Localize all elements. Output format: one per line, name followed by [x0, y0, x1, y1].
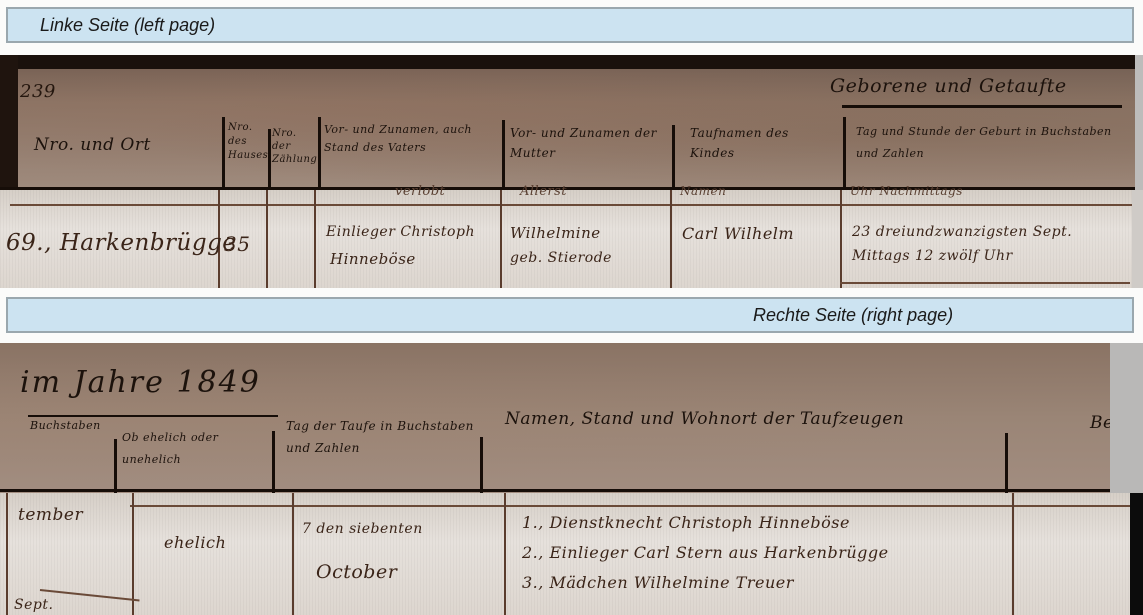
partial-birth: Uhr Nachmittags [850, 184, 963, 198]
entry-birth-line2: Mittags 12 zwölf Uhr [852, 248, 1013, 264]
header-born-baptized: Geborene und Getaufte [830, 75, 1067, 97]
entry-father-line2: Hinneböse [330, 250, 416, 268]
left-page-header-strip: 239 Nro. und Ort Nro. des Hauses Nro. de… [0, 55, 1143, 190]
entry-godparent-2: 2., Einlieger Carl Stern aus Harkenbrügg… [522, 543, 889, 562]
next-row-fragment: Sept. [14, 597, 53, 613]
entry-mother-line2: geb. Stierode [510, 250, 612, 266]
page-number: 239 [20, 81, 56, 102]
entry-baptism-line2: October [316, 561, 397, 583]
header-number: Nro. der Zählung [272, 127, 316, 166]
entry-number-place: 69., Harkenbrügge [6, 230, 236, 256]
entry-baptism-line1: 7 den siebenten [302, 521, 423, 537]
year-heading: im Jahre 1849 [20, 365, 261, 400]
header-father: Vor- und Zunamen, auch Stand des Vaters [324, 121, 499, 157]
right-page-header-strip: im Jahre 1849 Buchstaben Ob ehelich oder… [0, 343, 1110, 493]
entry-child-name: Carl Wilhelm [682, 224, 794, 243]
header-child-name: Taufnamen des Kindes [690, 123, 830, 163]
entry-godparent-1: 1., Dienstknecht Christoph Hinneböse [522, 513, 850, 532]
entry-month-fragment: tember [18, 505, 83, 525]
header-legitimacy: Ob ehelich oder unehelich [122, 427, 277, 471]
entry-legitimacy: ehelich [164, 533, 226, 552]
header-house-number: Nro. des Hauses [228, 121, 268, 163]
entry-house-number: 35 [224, 232, 250, 256]
left-page-label: Linke Seite (left page) [6, 7, 1134, 43]
right-page-scan: im Jahre 1849 Buchstaben Ob ehelich oder… [0, 343, 1143, 615]
right-page-label-text: Rechte Seite (right page) [753, 305, 953, 326]
partial-mother: Allerst [520, 184, 567, 199]
header-house-place: Nro. und Ort [34, 135, 151, 155]
left-page-label-text: Linke Seite (left page) [40, 15, 215, 36]
right-page-entry-strip: tember ehelich 7 den siebenten October 1… [0, 493, 1143, 615]
entry-birth-line1: 23 dreiundzwanzigsten Sept. [852, 224, 1072, 240]
left-page-entry-strip: verlobt Allerst Namen Uhr Nachmittags 69… [0, 190, 1143, 288]
header-baptism-date: Tag der Taufe in Buchstaben und Zahlen [286, 415, 486, 459]
header-godparents: Namen, Stand und Wohnort der Taufzeugen [505, 401, 985, 437]
header-birth-date: Tag und Stunde der Geburt in Buchstaben … [856, 121, 1126, 165]
entry-father-line1: Einlieger Christoph [326, 224, 475, 240]
header-mother: Vor- und Zunamen der Mutter [510, 123, 670, 163]
entry-mother-line1: Wilhelmine [510, 224, 601, 242]
left-page-scan: 239 Nro. und Ort Nro. des Hauses Nro. de… [0, 55, 1143, 288]
header-letters: Buchstaben [30, 419, 101, 432]
right-page-label: Rechte Seite (right page) [6, 297, 1134, 333]
entry-godparent-3: 3., Mädchen Wilhelmine Treuer [522, 573, 794, 592]
partial-father: verlobt [395, 184, 445, 199]
partial-child: Namen [680, 184, 726, 198]
